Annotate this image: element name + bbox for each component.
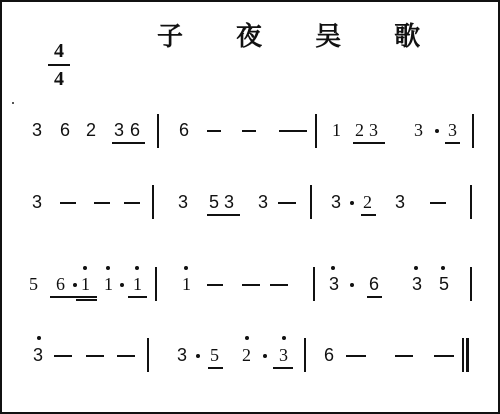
dash <box>60 202 76 204</box>
dash <box>207 284 223 286</box>
note: 1 <box>133 274 142 294</box>
underline <box>50 296 97 298</box>
note: 2 <box>363 192 372 212</box>
dash <box>117 355 135 357</box>
note: 3 <box>414 120 423 140</box>
final-barline-thick <box>466 338 469 372</box>
barline <box>470 267 472 301</box>
note: 6 <box>56 274 65 294</box>
note: 3 <box>114 120 124 140</box>
underline <box>273 367 293 369</box>
barline <box>147 338 149 372</box>
note: 3 <box>369 120 378 140</box>
dash <box>242 130 256 132</box>
high-octave-dot <box>282 336 286 340</box>
high-octave-dot <box>106 266 110 270</box>
underline <box>128 296 147 298</box>
note: 2 <box>355 120 364 140</box>
dash <box>395 355 413 357</box>
note: 3 <box>329 274 339 294</box>
barline <box>315 114 317 148</box>
barline <box>310 185 312 219</box>
underline <box>353 142 385 144</box>
score-sheet: 子 夜 吴 歌 4 4 3 6 2 3 6 6 1 2 3 3 3 3 3 <box>0 0 500 414</box>
note: 3 <box>412 274 422 294</box>
underline <box>208 367 223 369</box>
augmentation-dot <box>350 201 354 205</box>
dash <box>346 355 366 357</box>
underline <box>367 296 382 298</box>
note: 3 <box>395 192 405 212</box>
dash <box>207 130 221 132</box>
underline <box>207 214 240 216</box>
note: 3 <box>258 192 268 212</box>
note: 3 <box>224 192 234 212</box>
dash <box>124 202 140 204</box>
barline <box>155 267 157 301</box>
augmentation-dot <box>196 354 200 358</box>
high-octave-dot <box>83 266 87 270</box>
note: 6 <box>369 274 379 294</box>
barline <box>157 114 159 148</box>
high-octave-dot <box>135 266 139 270</box>
dash <box>430 202 446 204</box>
note: 6 <box>130 120 140 140</box>
high-octave-dot <box>441 266 445 270</box>
stray-mark <box>12 102 14 104</box>
high-octave-dot <box>37 336 41 340</box>
augmentation-dot <box>350 283 354 287</box>
note: 3 <box>177 345 187 365</box>
dash <box>242 284 260 286</box>
dash <box>278 202 296 204</box>
barline <box>470 185 472 219</box>
double-underline <box>76 299 97 301</box>
note: 6 <box>60 120 70 140</box>
dash <box>434 355 454 357</box>
note: 5 <box>29 274 38 294</box>
time-signature: 4 4 <box>48 40 70 90</box>
note: 6 <box>179 120 189 140</box>
underline <box>445 142 460 144</box>
note: 3 <box>279 345 288 365</box>
dash <box>94 202 110 204</box>
note: 3 <box>32 192 42 212</box>
song-title: 子 夜 吴 歌 <box>157 16 442 53</box>
note: 5 <box>209 192 219 212</box>
underline <box>361 214 376 216</box>
high-octave-dot <box>245 336 249 340</box>
augmentation-dot <box>435 129 439 133</box>
note: 3 <box>33 345 43 365</box>
time-signature-numerator: 4 <box>48 40 70 62</box>
dash <box>279 130 307 132</box>
note: 1 <box>332 120 341 140</box>
note: 6 <box>324 345 334 365</box>
dash <box>270 284 288 286</box>
high-octave-dot <box>331 266 335 270</box>
note: 1 <box>81 274 90 294</box>
barline <box>152 185 154 219</box>
high-octave-dot <box>414 266 418 270</box>
note: 5 <box>439 274 449 294</box>
note: 5 <box>210 345 219 365</box>
barline <box>472 114 474 148</box>
note: 3 <box>32 120 42 140</box>
augmentation-dot <box>263 354 267 358</box>
barline <box>313 267 315 301</box>
dash <box>86 355 104 357</box>
augmentation-dot <box>120 283 124 287</box>
underline <box>112 142 145 144</box>
note: 2 <box>86 120 96 140</box>
note: 1 <box>182 274 191 294</box>
final-barline-thin <box>462 338 464 372</box>
high-octave-dot <box>184 266 188 270</box>
barline <box>304 338 306 372</box>
note: 1 <box>104 274 113 294</box>
dash <box>54 355 72 357</box>
note: 2 <box>242 345 251 365</box>
time-signature-denominator: 4 <box>48 68 70 90</box>
note: 3 <box>331 192 341 212</box>
augmentation-dot <box>73 283 77 287</box>
note: 3 <box>448 120 457 140</box>
time-signature-bar <box>48 64 70 66</box>
note: 3 <box>178 192 188 212</box>
